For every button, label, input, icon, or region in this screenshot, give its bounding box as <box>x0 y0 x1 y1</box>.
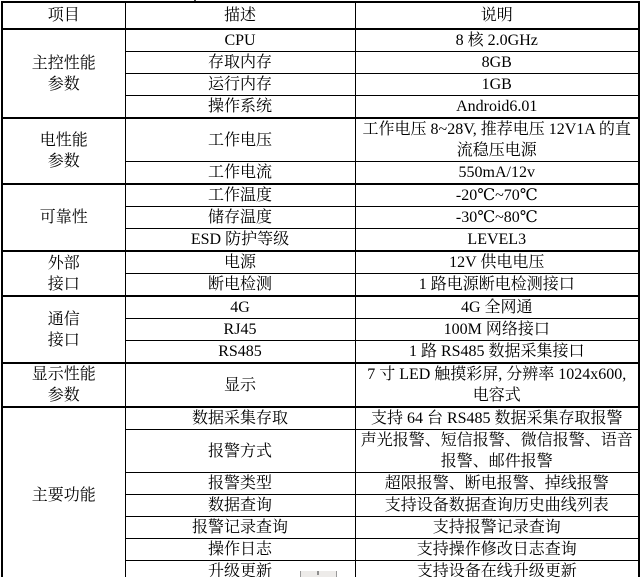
spec-table: 项目 描述 说明 主控性能 参数CPU8 核 2.0GHz存取内存8GB运行内存… <box>1 1 640 577</box>
desc-cell: 储存温度 <box>125 207 355 229</box>
note-cell: 7 寸 LED 触摸彩屏, 分辨率 1024x600, 电容式 <box>355 363 639 407</box>
note-cell: 超限报警、断电报警、掉线报警 <box>355 473 639 495</box>
desc-cell: 报警方式 <box>125 430 355 473</box>
page: 项目 描述 说明 主控性能 参数CPU8 核 2.0GHz存取内存8GB运行内存… <box>0 0 642 577</box>
table-body: 主控性能 参数CPU8 核 2.0GHz存取内存8GB运行内存1GB操作系统An… <box>2 29 639 577</box>
table-row: 主要功能数据采集存取支持 64 台 RS485 数据采集存取报警 <box>2 407 639 430</box>
note-cell: 支持 64 台 RS485 数据采集存取报警 <box>355 407 639 430</box>
desc-cell: RJ45 <box>125 319 355 341</box>
note-cell: -30℃~80℃ <box>355 207 639 229</box>
table-row: 电性能 参数工作电压工作电压 8~28V, 推荐电压 12V1A 的直流稳压电源 <box>2 118 639 162</box>
desc-cell: 操作日志 <box>125 539 355 561</box>
desc-cell: 工作温度 <box>125 184 355 207</box>
note-cell: 支持设备在线升级更新 <box>355 561 639 577</box>
note-cell: LEVEL3 <box>355 229 639 252</box>
note-cell: 声光报警、短信报警、微信报警、语音报警、邮件报警 <box>355 430 639 473</box>
note-cell: 1GB <box>355 74 639 96</box>
note-cell: 1 路 RS485 数据采集接口 <box>355 341 639 364</box>
group-cell-6: 主要功能 <box>2 407 125 577</box>
scrollbar-thumb-tick-icon <box>317 571 319 575</box>
desc-cell: 数据采集存取 <box>125 407 355 430</box>
desc-cell: 存取内存 <box>125 52 355 74</box>
note-cell: 4G 全网通 <box>355 296 639 319</box>
table-header: 项目 描述 说明 <box>2 2 639 29</box>
desc-cell: 工作电压 <box>125 118 355 162</box>
table-row: 主控性能 参数CPU8 核 2.0GHz <box>2 29 639 52</box>
note-cell: 工作电压 8~28V, 推荐电压 12V1A 的直流稳压电源 <box>355 118 639 162</box>
desc-cell: 电源 <box>125 251 355 274</box>
table-row: 显示性能 参数显示7 寸 LED 触摸彩屏, 分辨率 1024x600, 电容式 <box>2 363 639 407</box>
note-cell: 8GB <box>355 52 639 74</box>
note-cell: 550mA/12v <box>355 162 639 185</box>
group-cell-0: 主控性能 参数 <box>2 29 125 118</box>
header-row: 项目 描述 说明 <box>2 2 639 29</box>
desc-cell: RS485 <box>125 341 355 364</box>
desc-cell: 操作系统 <box>125 96 355 119</box>
table-row: 通信 接口4G4G 全网通 <box>2 296 639 319</box>
desc-cell: 运行内存 <box>125 74 355 96</box>
table-row: 外部 接口电源12V 供电电压 <box>2 251 639 274</box>
header-cell-item: 项目 <box>2 2 125 29</box>
horizontal-scrollbar-fragment[interactable] <box>300 571 337 577</box>
group-cell-1: 电性能 参数 <box>2 118 125 184</box>
desc-cell: 断电检测 <box>125 274 355 297</box>
group-cell-4: 通信 接口 <box>2 296 125 363</box>
note-cell: 支持操作修改日志查询 <box>355 539 639 561</box>
desc-cell: 数据查询 <box>125 495 355 517</box>
desc-cell: 显示 <box>125 363 355 407</box>
desc-cell: CPU <box>125 29 355 52</box>
header-cell-note: 说明 <box>355 2 639 29</box>
group-cell-5: 显示性能 参数 <box>2 363 125 407</box>
note-cell: 支持报警记录查询 <box>355 517 639 539</box>
table-row: 可靠性工作温度-20℃~70℃ <box>2 184 639 207</box>
note-cell: 8 核 2.0GHz <box>355 29 639 52</box>
note-cell: Android6.01 <box>355 96 639 119</box>
group-cell-2: 可靠性 <box>2 184 125 251</box>
desc-cell: 工作电流 <box>125 162 355 185</box>
desc-cell: 4G <box>125 296 355 319</box>
desc-cell: 报警记录查询 <box>125 517 355 539</box>
group-cell-3: 外部 接口 <box>2 251 125 296</box>
desc-cell: ESD 防护等级 <box>125 229 355 252</box>
note-cell: -20℃~70℃ <box>355 184 639 207</box>
note-cell: 1 路电源断电检测接口 <box>355 274 639 297</box>
header-cell-desc: 描述 <box>125 2 355 29</box>
desc-cell: 报警类型 <box>125 473 355 495</box>
note-cell: 支持设备数据查询历史曲线列表 <box>355 495 639 517</box>
note-cell: 100M 网络接口 <box>355 319 639 341</box>
note-cell: 12V 供电电压 <box>355 251 639 274</box>
